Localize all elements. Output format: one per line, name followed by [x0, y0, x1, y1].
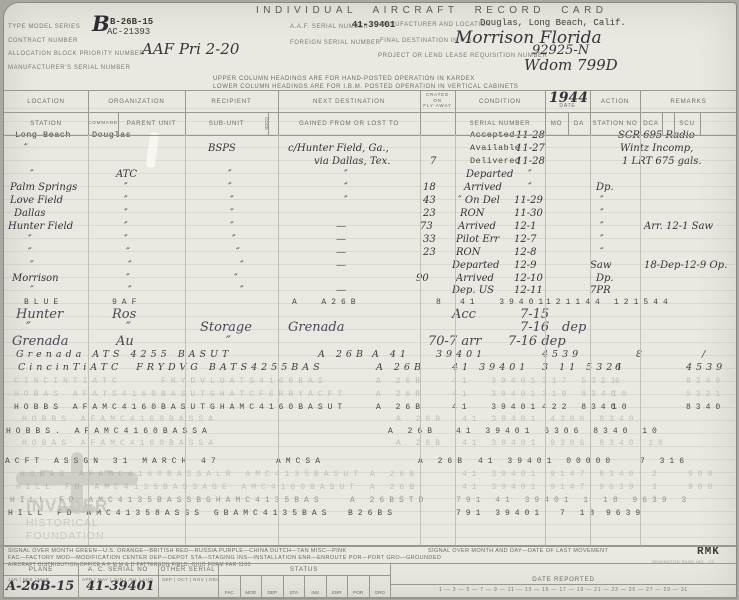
status-cell: ENR: [326, 575, 348, 597]
status-cells: FACMODDEPSTAINSENRPORGRO: [0, 0, 739, 600]
status-cell: INS: [304, 575, 326, 597]
status-cell: POR: [347, 575, 369, 597]
status-cell: STA: [283, 575, 305, 597]
status-cell: FAC: [218, 575, 240, 597]
status-cell: DEP: [261, 575, 283, 597]
status-cell: GRO: [369, 575, 391, 597]
scanned-record-card: { "title": "INDIVIDUAL AIRCRAFT RECORD C…: [0, 0, 739, 600]
record-content: INDIVIDUAL AIRCRAFT RECORD CARD TYPE MOD…: [0, 0, 739, 600]
status-cell: MOD: [240, 575, 262, 597]
